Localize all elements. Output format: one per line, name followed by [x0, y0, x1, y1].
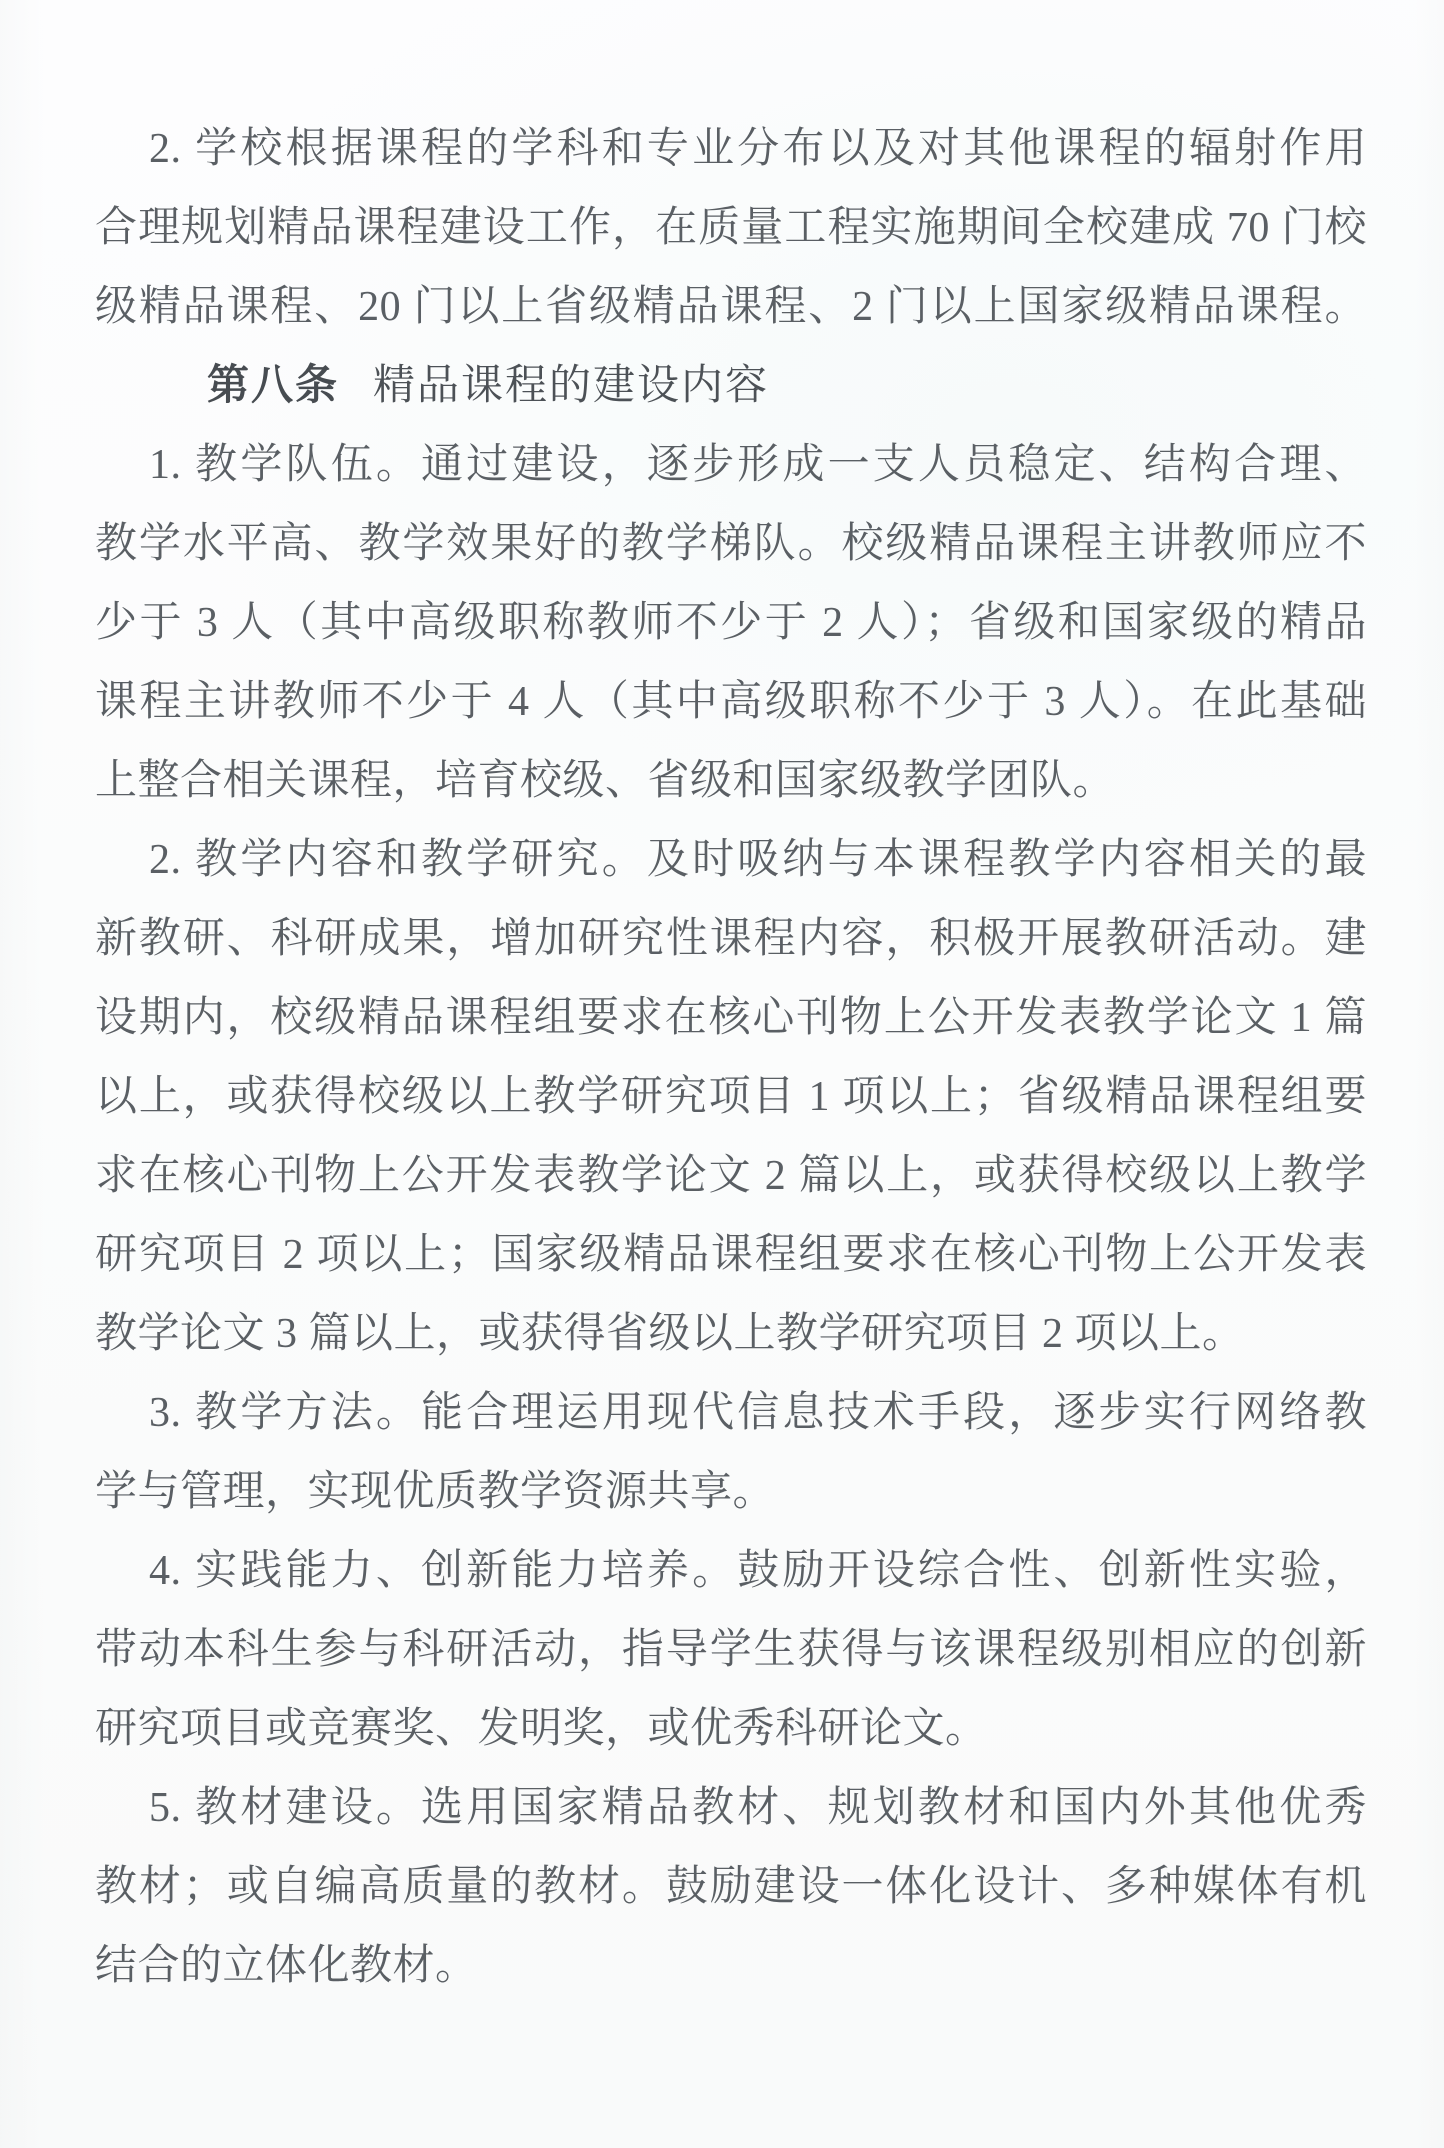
text-line: 求在核心刊物上公开发表教学论文 2 篇以上，或获得校级以上教学	[95, 1137, 1367, 1216]
text-line: 研究项目或竞赛奖、发明奖，或优秀科研论文。	[95, 1690, 1367, 1769]
text-line: 以上，或获得校级以上教学研究项目 1 项以上；省级精品课程组要	[95, 1058, 1367, 1137]
text-line: 教学论文 3 篇以上，或获得省级以上教学研究项目 2 项以上。	[95, 1295, 1367, 1374]
text-line: 2. 教学内容和教学研究。及时吸纳与本课程教学内容相关的最	[95, 821, 1367, 900]
text-line: 3. 教学方法。能合理运用现代信息技术手段，逐步实行网络教	[95, 1374, 1367, 1453]
text-line: 上整合相关课程，培育校级、省级和国家级教学团队。	[95, 742, 1367, 821]
text-line: 课程主讲教师不少于 4 人（其中高级职称不少于 3 人）。在此基础	[95, 663, 1367, 742]
text-line: 设期内，校级精品课程组要求在核心刊物上公开发表教学论文 1 篇	[95, 979, 1367, 1058]
text-line: 5. 教材建设。选用国家精品教材、规划教材和国内外其他优秀	[95, 1769, 1367, 1848]
text-line: 研究项目 2 项以上；国家级精品课程组要求在核心刊物上公开发表	[95, 1216, 1367, 1295]
text-line: 4. 实践能力、创新能力培养。鼓励开设综合性、创新性实验，	[95, 1532, 1367, 1611]
article-number: 第八条	[207, 363, 339, 409]
document-page: 2. 学校根据课程的学科和专业分布以及对其他课程的辐射作用合理规划精品课程建设工…	[0, 0, 1444, 2148]
text-line: 结合的立体化教材。	[95, 1927, 1367, 2006]
article-title: 精品课程的建设内容	[373, 363, 769, 409]
text-line: 级精品课程、20 门以上省级精品课程、2 门以上国家级精品课程。	[95, 268, 1367, 347]
text-line: 新教研、科研成果，增加研究性课程内容，积极开展教研活动。建	[95, 900, 1367, 979]
text-line: 带动本科生参与科研活动，指导学生获得与该课程级别相应的创新	[95, 1611, 1367, 1690]
text-line: 少于 3 人（其中高级职称教师不少于 2 人）；省级和国家级的精品	[95, 584, 1367, 663]
text-line: 教材；或自编高质量的教材。鼓励建设一体化设计、多种媒体有机	[95, 1848, 1367, 1927]
text-line: 2. 学校根据课程的学科和专业分布以及对其他课程的辐射作用	[95, 110, 1367, 189]
text-line: 教学水平高、教学效果好的教学梯队。校级精品课程主讲教师应不	[95, 505, 1367, 584]
document-body: 2. 学校根据课程的学科和专业分布以及对其他课程的辐射作用合理规划精品课程建设工…	[95, 110, 1367, 2006]
text-line: 学与管理，实现优质教学资源共享。	[95, 1453, 1367, 1532]
text-line: 1. 教学队伍。通过建设，逐步形成一支人员稳定、结构合理、	[95, 426, 1367, 505]
text-line: 合理规划精品课程建设工作，在质量工程实施期间全校建成 70 门校	[95, 189, 1367, 268]
article-heading-line: 第八条精品课程的建设内容	[95, 347, 1367, 426]
